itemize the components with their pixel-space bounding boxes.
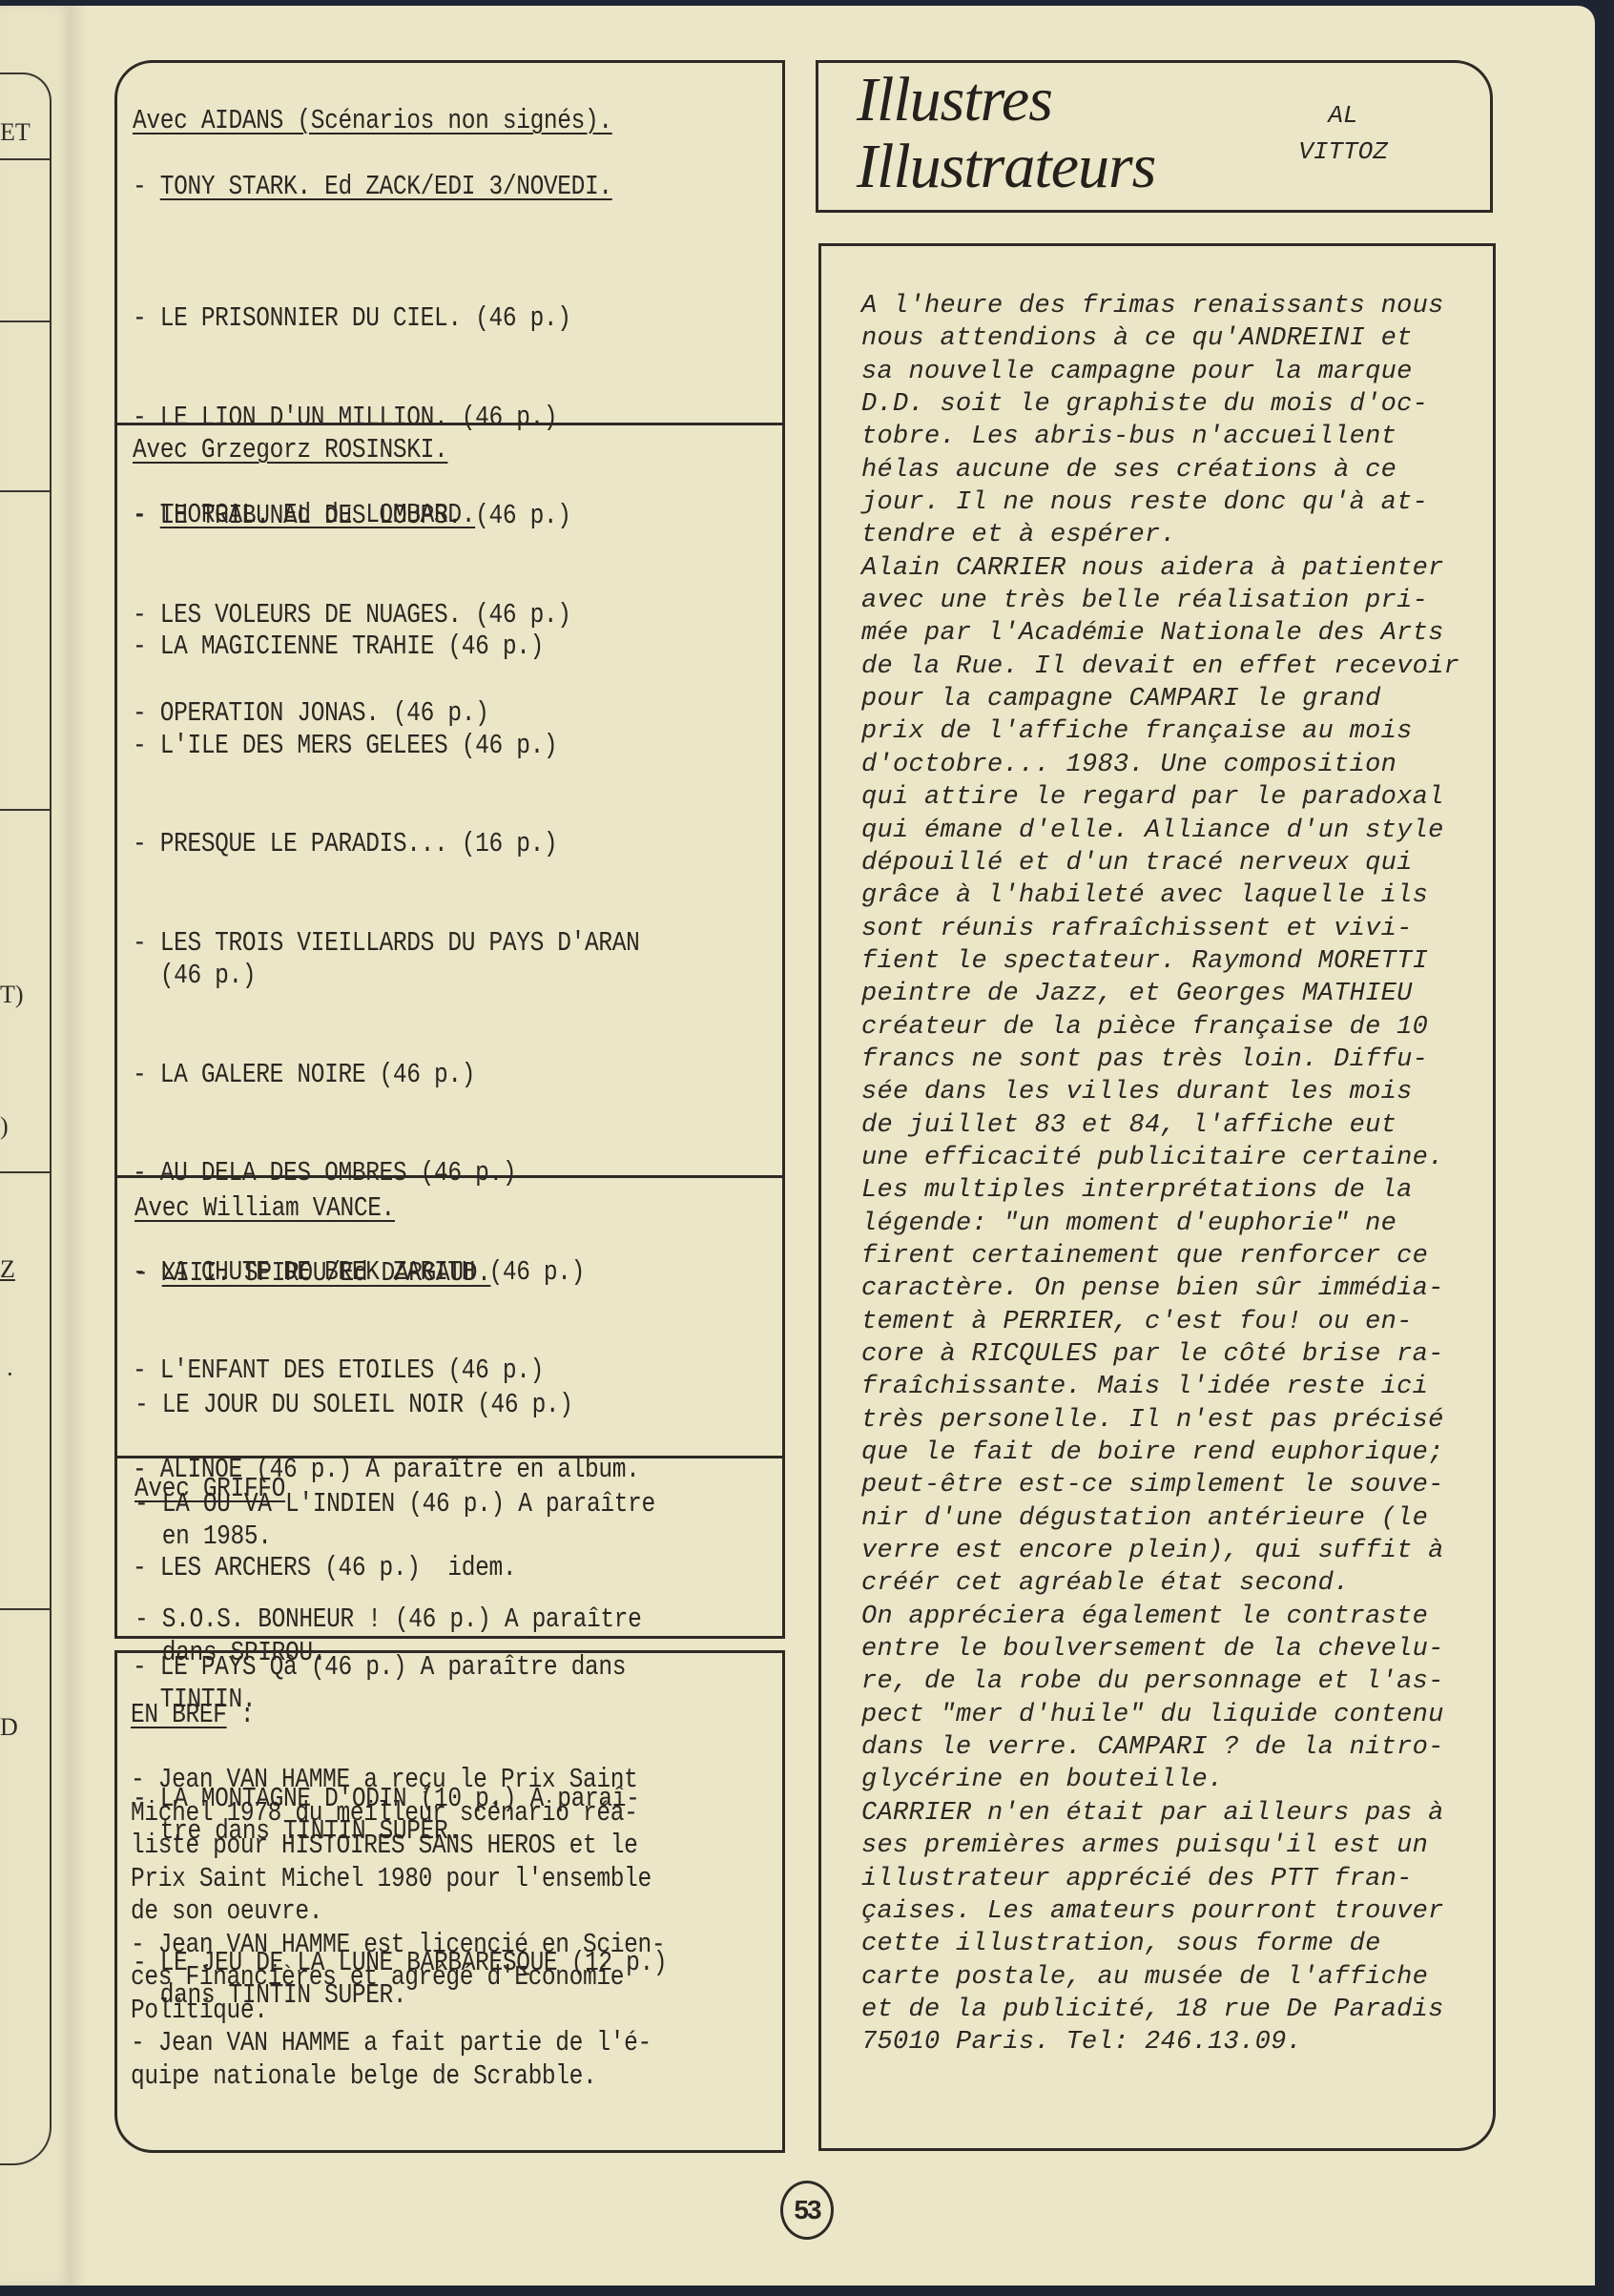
previous-page-fragment: Z	[0, 1255, 15, 1284]
section-divider	[117, 423, 782, 425]
en-bref-heading: EN BREF :	[131, 1699, 254, 1732]
en-bref-box: EN BREF : - Jean VAN HAMME a reçu le Pri…	[114, 1650, 785, 2153]
section-heading-aidans: Avec AIDANS (Scénarios non signés).	[133, 105, 612, 138]
previous-page-rule	[0, 809, 50, 811]
series-title-xiii: - XIII. SPIROU/Ed DARGAUD.	[134, 1257, 490, 1291]
album-item: - AU DELA DES OMBRES (46 p.)	[133, 1157, 667, 1190]
album-item: - PRESQUE LE PARADIS... (16 p.)	[133, 828, 667, 861]
bibliography-box: Avec AIDANS (Scénarios non signés). - TO…	[114, 60, 785, 1639]
previous-page-fragment: )	[0, 1112, 9, 1141]
section-heading-griffo: Avec GRIFFO	[134, 1473, 285, 1506]
previous-page-edge: ET T) ) Z · D	[0, 6, 73, 2286]
album-item: - LA MAGICIENNE TRAHIE (46 p.)	[133, 631, 667, 664]
previous-page-fragment: ·	[6, 1360, 14, 1389]
article-body-box: A l'heure des frimas renaissants nous no…	[818, 243, 1496, 2151]
album-item: - L'ILE DES MERS GELEES (46 p.)	[133, 730, 667, 763]
article-title-line1: Illustres	[857, 67, 1052, 134]
section-divider	[117, 1456, 782, 1458]
album-item: - LES TROIS VIEILLARDS DU PAYS D'ARAN (4…	[133, 927, 667, 993]
section-heading-vance: Avec William VANCE.	[134, 1192, 395, 1226]
series-title-tony-stark: - TONY STARK. Ed ZACK/EDI 3/NOVEDI.	[133, 171, 612, 204]
author-byline: AL VITTOZ	[1276, 97, 1410, 170]
section-divider	[117, 1175, 782, 1178]
article-text: A l'heure des frimas renaissants nous no…	[861, 290, 1491, 2059]
previous-page-fragment: D	[0, 1713, 18, 1742]
previous-page-rule	[0, 1171, 50, 1173]
album-item: - LE PRISONNIER DU CIEL. (46 p.)	[133, 302, 571, 336]
section-heading-rosinski: Avec Grzegorz ROSINSKI.	[133, 434, 447, 467]
page-number-badge: 53	[780, 2181, 834, 2240]
previous-page-rule	[0, 321, 50, 322]
article-title-line2: Illustrateurs	[857, 134, 1155, 200]
series-title-thorgal: - THORGAL. Ed du LOMBARD.	[133, 499, 475, 532]
previous-page-rule	[0, 1608, 50, 1610]
en-bref-text: - Jean VAN HAMME a reçu le Prix Saint Mi…	[131, 1764, 665, 2093]
author-last: VITTOZ	[1276, 134, 1410, 170]
previous-page-fragment: ET	[0, 118, 31, 147]
album-item: - LE JOUR DU SOLEIL NOIR (46 p.)	[134, 1389, 655, 1422]
author-first: AL	[1276, 97, 1410, 134]
album-item: - LE LION D'UN MILLION. (46 p.)	[133, 402, 571, 435]
book-gutter	[71, 6, 88, 2286]
previous-page-fragment: T)	[0, 981, 24, 1009]
article-title-box: Illustres Illustrateurs AL VITTOZ	[816, 60, 1493, 213]
previous-page-rule	[0, 490, 50, 492]
album-item: - LA GALERE NOIRE (46 p.)	[133, 1059, 667, 1092]
previous-page-rule	[0, 158, 50, 160]
